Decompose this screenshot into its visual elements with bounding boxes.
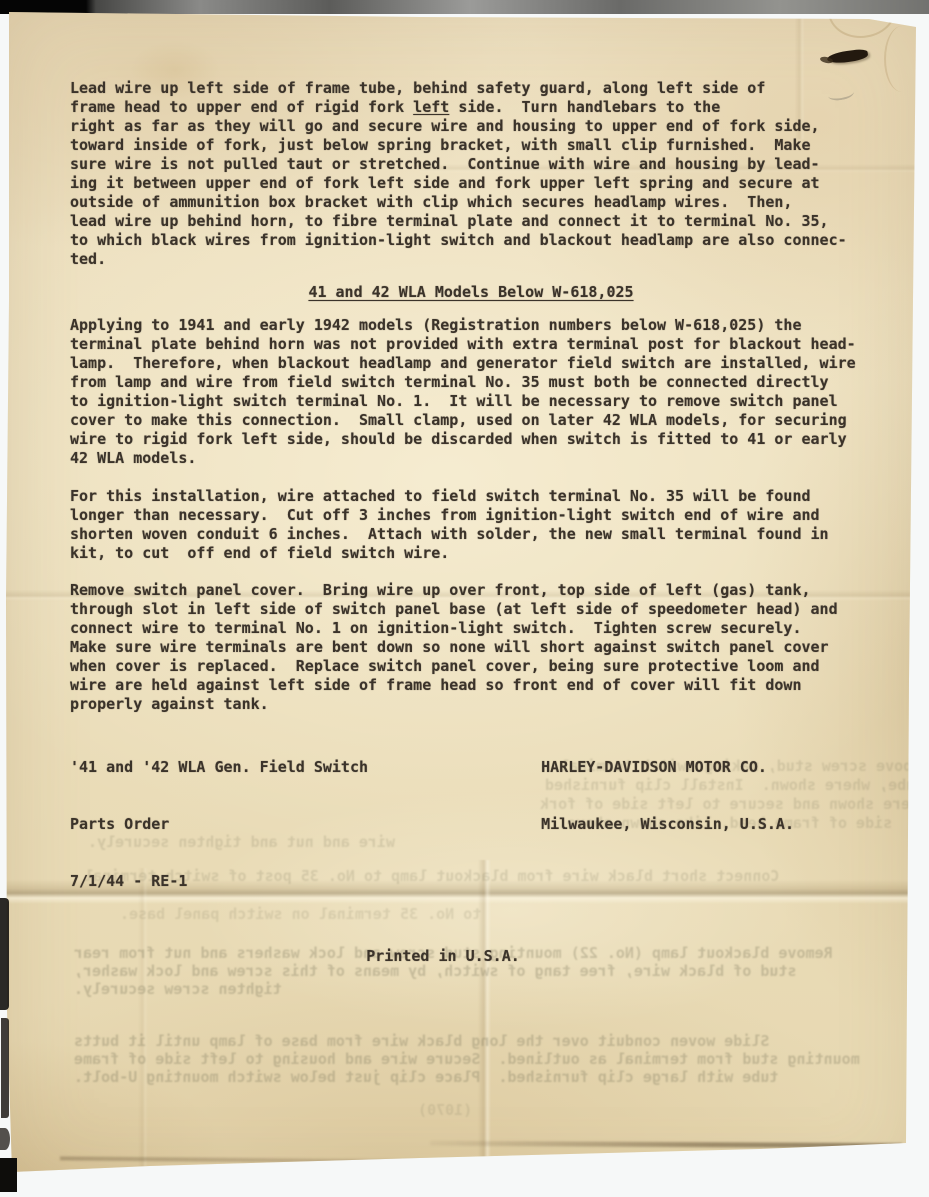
footer: '41 and '42 WLA Gen. Field Switch Parts … [70, 720, 872, 929]
ink-smudge [826, 48, 868, 65]
paper-sheet: wire and nut and tighten securely. Conne… [0, 0, 929, 1197]
section-heading: 41 and 42 WLA Models Below W-618,025 [70, 283, 872, 302]
binding-shadow-strip [0, 898, 9, 1010]
underlined-word-left: left [413, 98, 449, 116]
bleedthrough-line: mounting stud from terminal as outlined.… [74, 1050, 860, 1069]
scanned-document-page: { "document": { "paragraph1": { "before"… [0, 0, 929, 1197]
bleedthrough-line: Slide woven conduit over the long black … [74, 1032, 769, 1051]
footer-company: HARLEY-DAVIDSON MOTOR CO. Milwaukee, Wis… [541, 720, 794, 929]
footer-subject-line: '41 and '42 WLA Gen. Field Switch [70, 758, 368, 777]
binding-shadow-strip-2 [1, 1018, 9, 1118]
paragraph-lead-wire: Lead wire up left side of frame tube, be… [70, 79, 872, 269]
bleedthrough-line: tube with large clip furnished. Place cl… [74, 1068, 778, 1087]
bottom-edge-grime [430, 1141, 902, 1148]
footer-reference: '41 and '42 WLA Gen. Field Switch Parts … [70, 720, 368, 929]
paragraph-remove-cover: Remove switch panel cover. Bring wire up… [70, 581, 872, 714]
scanner-edge-top [0, 0, 929, 14]
water-stain-outline-2 [884, 26, 920, 92]
bleedthrough-line: tighten screw securely. [74, 980, 282, 999]
footer-order-line: Parts Order [70, 815, 368, 834]
company-name: HARLEY-DAVIDSON MOTOR CO. [541, 758, 794, 777]
document-content: Lead wire up left side of frame tube, be… [70, 79, 872, 966]
company-location: Milwaukee, Wisconsin, U.S.A. [541, 815, 794, 834]
scanner-corner-mark [0, 1158, 17, 1192]
paragraph-1-after: side. Turn handlebars to the right as fa… [70, 98, 847, 268]
paragraph-applying-models: Applying to 1941 and early 1942 models (… [70, 316, 872, 468]
paragraph-installation-wire: For this installation, wire attached to … [70, 487, 872, 563]
footer-date-code-line: 7/1/44 - RE-1 [70, 872, 368, 891]
binding-shadow-blob [0, 1128, 10, 1150]
bottom-edge-grime-left [60, 1156, 430, 1163]
bleedthrough-page-number: (1070) [418, 1101, 472, 1120]
printed-in-usa-line: Printed in U.S.A. [42, 947, 844, 966]
